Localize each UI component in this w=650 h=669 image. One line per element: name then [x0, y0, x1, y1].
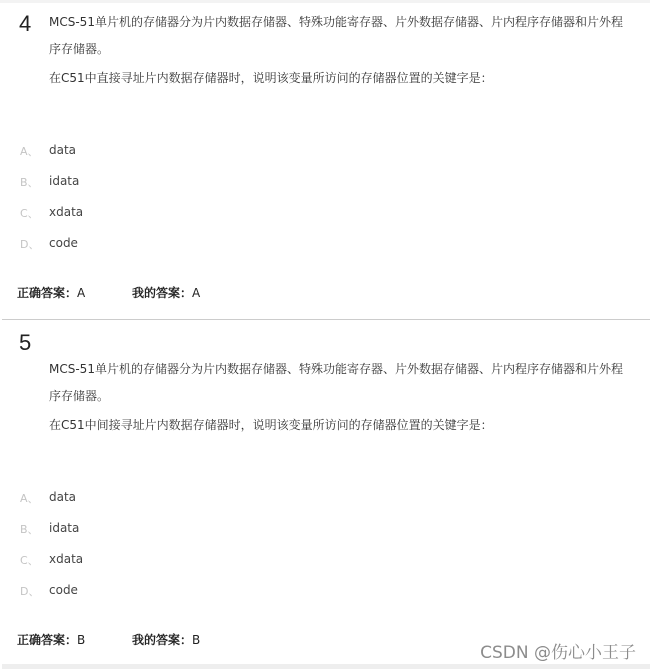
my-answer-value: B: [192, 633, 200, 647]
option-b[interactable]: B、 idata: [0, 521, 300, 541]
stem-line-1b: 序存储器。: [49, 383, 634, 410]
stem-line-1b: 序存储器。: [49, 36, 634, 63]
option-letter: C、: [20, 205, 39, 221]
option-letter: B、: [20, 174, 39, 190]
my-answer-value: A: [192, 286, 200, 300]
option-d[interactable]: D、 code: [0, 236, 300, 256]
top-edge: [0, 0, 650, 3]
option-b[interactable]: B、 idata: [0, 174, 300, 194]
option-letter: D、: [20, 236, 39, 252]
option-letter: B、: [20, 521, 39, 537]
option-text: code: [49, 236, 78, 250]
answer-row: 正确答案：B 我的答案：B: [17, 631, 85, 648]
correct-answer-label: 正确答案：: [17, 286, 77, 300]
option-letter: A、: [20, 143, 39, 159]
option-a[interactable]: A、 data: [0, 143, 300, 163]
option-letter: A、: [20, 490, 39, 506]
stem-line-2: 在C51中直接寻址片内数据存储器时，说明该变量所访问的存储器位置的关键字是：: [49, 65, 634, 92]
option-c[interactable]: C、 xdata: [0, 552, 300, 572]
option-text: code: [49, 583, 78, 597]
question-number: 4: [19, 13, 31, 35]
option-text: idata: [49, 521, 79, 535]
option-text: data: [49, 490, 76, 504]
my-answer-label: 我的答案：: [132, 633, 192, 647]
option-text: data: [49, 143, 76, 157]
option-d[interactable]: D、 code: [0, 583, 300, 603]
watermark: CSDN @伤心小王子: [480, 638, 636, 663]
option-letter: C、: [20, 552, 39, 568]
option-a[interactable]: A、 data: [0, 490, 300, 510]
correct-answer-value: B: [77, 633, 85, 647]
answer-row: 正确答案：A 我的答案：A: [17, 284, 85, 301]
stem-line-1: MCS-51单片机的存储器分为片内数据存储器、特殊功能寄存器、片外数据存储器、片…: [49, 356, 634, 383]
option-text: idata: [49, 174, 79, 188]
question-number: 5: [19, 332, 31, 354]
option-c[interactable]: C、 xdata: [0, 205, 300, 225]
my-answer: 我的答案：A: [132, 284, 200, 301]
correct-answer-value: A: [77, 286, 85, 300]
question-divider: [2, 319, 650, 320]
stem-line-2: 在C51中间接寻址片内数据存储器时，说明该变量所访问的存储器位置的关键字是：: [49, 412, 634, 439]
option-text: xdata: [49, 205, 83, 219]
my-answer-label: 我的答案：: [132, 286, 192, 300]
correct-answer-label: 正确答案：: [17, 633, 77, 647]
stem-line-1: MCS-51单片机的存储器分为片内数据存储器、特殊功能寄存器、片外数据存储器、片…: [49, 9, 634, 36]
bottom-band: [2, 664, 650, 669]
option-letter: D、: [20, 583, 39, 599]
question-stem: MCS-51单片机的存储器分为片内数据存储器、特殊功能寄存器、片外数据存储器、片…: [49, 356, 634, 439]
my-answer: 我的答案：B: [132, 631, 200, 648]
question-stem: MCS-51单片机的存储器分为片内数据存储器、特殊功能寄存器、片外数据存储器、片…: [49, 9, 634, 92]
option-text: xdata: [49, 552, 83, 566]
